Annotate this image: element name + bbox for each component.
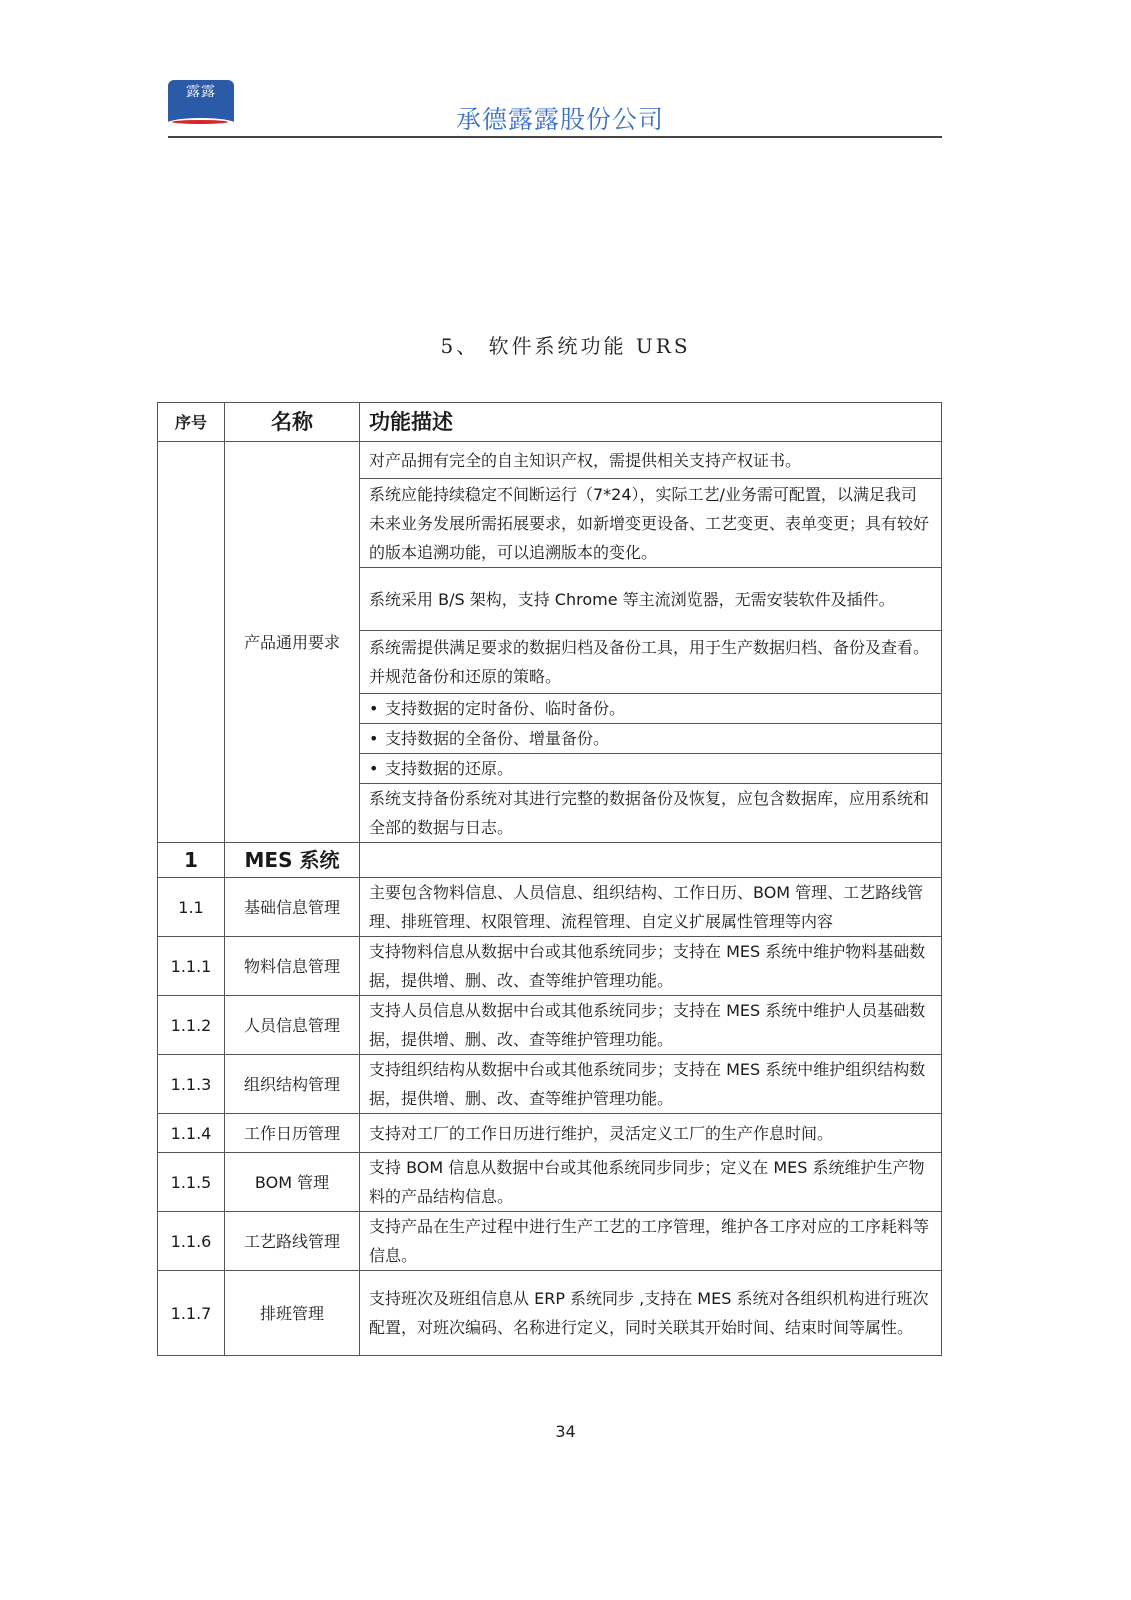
desc-cell: 支持物料信息从数据中台或其他系统同步；支持在 MES 系统中维护物料基础数据，提…	[360, 937, 942, 996]
section-title: 5、 软件系统功能 URS	[0, 330, 1131, 359]
general-name-cell: 产品通用要求	[225, 442, 360, 843]
bullet-text: 支持数据的还原。	[385, 759, 513, 778]
page-number: 34	[0, 1422, 1131, 1441]
table-row: 1.1 基础信息管理 主要包含物料信息、人员信息、组织结构、工作日历、BOM 管…	[158, 878, 942, 937]
table-row: 1.1.3 组织结构管理 支持组织结构从数据中台或其他系统同步；支持在 MES …	[158, 1055, 942, 1114]
table-row: 1.1.6 工艺路线管理 支持产品在生产过程中进行生产工艺的工序管理，维护各工序…	[158, 1212, 942, 1271]
general-bullet-cell: •支持数据的还原。	[360, 754, 942, 784]
desc-cell: 支持班次及班组信息从 ERP 系统同步 ,支持在 MES 系统对各组织机构进行班…	[360, 1271, 942, 1356]
seq-cell: 1.1.3	[158, 1055, 225, 1114]
name-cell: 组织结构管理	[225, 1055, 360, 1114]
seq-cell: 1.1.1	[158, 937, 225, 996]
table-row: 产品通用要求 对产品拥有完全的自主知识产权，需提供相关支持产权证书。	[158, 442, 942, 479]
mes-name-cell: MES 系统	[225, 843, 360, 878]
table-row: 1.1.2 人员信息管理 支持人员信息从数据中台或其他系统同步；支持在 MES …	[158, 996, 942, 1055]
desc-cell: 支持 BOM 信息从数据中台或其他系统同步同步；定义在 MES 系统维护生产物料…	[360, 1153, 942, 1212]
seq-cell: 1.1.2	[158, 996, 225, 1055]
seq-cell: 1.1.6	[158, 1212, 225, 1271]
name-cell: 工艺路线管理	[225, 1212, 360, 1271]
mes-seq-cell: 1	[158, 843, 225, 878]
desc-cell: 支持组织结构从数据中台或其他系统同步；支持在 MES 系统中维护组织结构数据，提…	[360, 1055, 942, 1114]
table-row: 1.1.1 物料信息管理 支持物料信息从数据中台或其他系统同步；支持在 MES …	[158, 937, 942, 996]
general-desc-cell: 系统支持备份系统对其进行完整的数据备份及恢复，应包含数据库，应用系统和全部的数据…	[360, 784, 942, 843]
name-cell: 排班管理	[225, 1271, 360, 1356]
seq-cell: 1.1.5	[158, 1153, 225, 1212]
column-header-desc: 功能描述	[360, 403, 942, 442]
company-title: 承德露露股份公司	[168, 100, 942, 136]
general-desc-cell: 系统应能持续稳定不间断运行（7*24），实际工艺/业务需可配置，以满足我司未来业…	[360, 479, 942, 568]
seq-cell: 1.1.4	[158, 1114, 225, 1153]
desc-cell: 主要包含物料信息、人员信息、组织结构、工作日历、BOM 管理、工艺路线管理、排班…	[360, 878, 942, 937]
column-header-seq: 序号	[158, 403, 225, 442]
logo-text: 露露	[168, 84, 234, 100]
table-header-row: 序号 名称 功能描述	[158, 403, 942, 442]
general-desc-cell: 系统需提供满足要求的数据归档及备份工具，用于生产数据归档、备份及查看。并规范备份…	[360, 631, 942, 694]
desc-cell: 支持人员信息从数据中台或其他系统同步；支持在 MES 系统中维护人员基础数据，提…	[360, 996, 942, 1055]
table-row: 1.1.4 工作日历管理 支持对工厂的工作日历进行维护，灵活定义工厂的生产作息时…	[158, 1114, 942, 1153]
urs-table: 序号 名称 功能描述 产品通用要求 对产品拥有完全的自主知识产权，需提供相关支持…	[157, 402, 942, 1356]
seq-cell: 1.1	[158, 878, 225, 937]
name-cell: 工作日历管理	[225, 1114, 360, 1153]
bullet-icon: •	[369, 724, 385, 753]
name-cell: BOM 管理	[225, 1153, 360, 1212]
table-row: 1.1.5 BOM 管理 支持 BOM 信息从数据中台或其他系统同步同步；定义在…	[158, 1153, 942, 1212]
bullet-text: 支持数据的全备份、增量备份。	[385, 729, 609, 748]
table-row: 1.1.7 排班管理 支持班次及班组信息从 ERP 系统同步 ,支持在 MES …	[158, 1271, 942, 1356]
name-cell: 人员信息管理	[225, 996, 360, 1055]
mes-desc-cell	[360, 843, 942, 878]
desc-cell: 支持产品在生产过程中进行生产工艺的工序管理，维护各工序对应的工序耗料等信息。	[360, 1212, 942, 1271]
general-desc-cell: 对产品拥有完全的自主知识产权，需提供相关支持产权证书。	[360, 442, 942, 479]
general-bullet-cell: •支持数据的全备份、增量备份。	[360, 724, 942, 754]
column-header-name: 名称	[225, 403, 360, 442]
general-seq-cell	[158, 442, 225, 843]
name-cell: 物料信息管理	[225, 937, 360, 996]
header-divider	[168, 136, 942, 138]
bullet-text: 支持数据的定时备份、临时备份。	[385, 699, 625, 718]
general-bullet-cell: •支持数据的定时备份、临时备份。	[360, 694, 942, 724]
seq-cell: 1.1.7	[158, 1271, 225, 1356]
general-desc-cell: 系统采用 B/S 架构，支持 Chrome 等主流浏览器，无需安装软件及插件。	[360, 568, 942, 631]
bullet-icon: •	[369, 754, 385, 783]
page-header: 露露 承德露露股份公司	[168, 78, 942, 140]
table-row-mes: 1 MES 系统	[158, 843, 942, 878]
name-cell: 基础信息管理	[225, 878, 360, 937]
desc-cell: 支持对工厂的工作日历进行维护，灵活定义工厂的生产作息时间。	[360, 1114, 942, 1153]
bullet-icon: •	[369, 694, 385, 723]
